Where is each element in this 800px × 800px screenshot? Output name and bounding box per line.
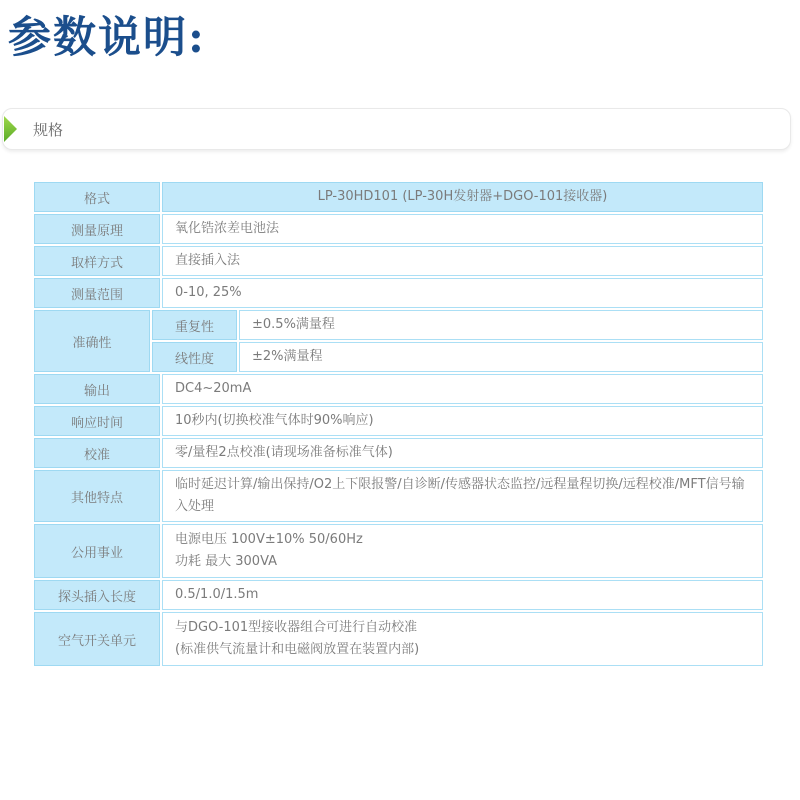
page-title: 参数说明: — [8, 4, 206, 65]
table-row-probe-length: 探头插入长度 0.5/1.0/1.5m — [34, 580, 763, 610]
subrow-label: 重复性 — [152, 310, 237, 340]
row-value: 氧化锆浓差电池法 — [162, 214, 763, 244]
table-row-sampling: 取样方式 直接插入法 — [34, 246, 763, 276]
subrow-value: ±2%满量程 — [239, 342, 763, 372]
row-label: 输出 — [34, 374, 160, 404]
row-value: 0-10, 25% — [162, 278, 763, 308]
row-value: LP-30HD101 (LP-30H发射器+DGO-101接收器) — [162, 182, 763, 212]
value-line: 与DGO-101型接收器组合可进行自动校准 — [175, 617, 750, 639]
table-row-format: 格式 LP-30HD101 (LP-30H发射器+DGO-101接收器) — [34, 182, 763, 212]
table-row-utilities: 公用事业 电源电压 100V±10% 50/60Hz 功耗 最大 300VA — [34, 524, 763, 578]
row-value: 电源电压 100V±10% 50/60Hz 功耗 最大 300VA — [162, 524, 763, 578]
table-row-response-time: 响应时间 10秒内(切换校准气体时90%响应) — [34, 406, 763, 436]
row-label: 空气开关单元 — [34, 612, 160, 666]
row-value: 零/量程2点校准(请现场准备标准气体) — [162, 438, 763, 468]
row-label: 测量原理 — [34, 214, 160, 244]
table-row-other-features: 其他特点 临时延迟计算/输出保持/O2上下限报警/自诊断/传感器状态监控/远程量… — [34, 470, 763, 522]
value-line: (标准供气流量计和电磁阀放置在装置内部) — [175, 639, 750, 661]
subrow-label: 线性度 — [152, 342, 237, 372]
table-subrow-repeatability: 重复性 ±0.5%满量程 — [152, 310, 763, 340]
row-value: DC4~20mA — [162, 374, 763, 404]
value-line: 功耗 最大 300VA — [175, 551, 750, 573]
row-label: 测量范围 — [34, 278, 160, 308]
table-row-air-switch-unit: 空气开关单元 与DGO-101型接收器组合可进行自动校准 (标准供气流量计和电磁… — [34, 612, 763, 666]
green-arrow-icon — [3, 116, 18, 142]
row-label: 响应时间 — [34, 406, 160, 436]
row-value: 与DGO-101型接收器组合可进行自动校准 (标准供气流量计和电磁阀放置在装置内… — [162, 612, 763, 666]
table-row-principle: 测量原理 氧化锆浓差电池法 — [34, 214, 763, 244]
row-label: 探头插入长度 — [34, 580, 160, 610]
table-subrow-linearity: 线性度 ±2%满量程 — [152, 342, 763, 372]
table-row-accuracy: 准确性 重复性 ±0.5%满量程 线性度 ±2%满量程 — [34, 310, 763, 372]
subrow-value: ±0.5%满量程 — [239, 310, 763, 340]
spec-table: 格式 LP-30HD101 (LP-30H发射器+DGO-101接收器) 测量原… — [34, 182, 763, 666]
row-value: 10秒内(切换校准气体时90%响应) — [162, 406, 763, 436]
row-label: 校准 — [34, 438, 160, 468]
section-header-specs: 规格 — [2, 108, 791, 150]
table-row-range: 测量范围 0-10, 25% — [34, 278, 763, 308]
row-value: 直接插入法 — [162, 246, 763, 276]
accuracy-subrows: 重复性 ±0.5%满量程 线性度 ±2%满量程 — [152, 310, 763, 372]
section-title: 规格 — [33, 119, 63, 140]
row-label: 其他特点 — [34, 470, 160, 522]
row-label: 公用事业 — [34, 524, 160, 578]
row-value: 临时延迟计算/输出保持/O2上下限报警/自诊断/传感器状态监控/远程量程切换/远… — [162, 470, 763, 522]
row-value: 0.5/1.0/1.5m — [162, 580, 763, 610]
row-label: 准确性 — [34, 310, 150, 372]
value-line: 电源电压 100V±10% 50/60Hz — [175, 529, 750, 551]
row-label: 格式 — [34, 182, 160, 212]
table-row-calibration: 校准 零/量程2点校准(请现场准备标准气体) — [34, 438, 763, 468]
table-row-output: 输出 DC4~20mA — [34, 374, 763, 404]
row-label: 取样方式 — [34, 246, 160, 276]
